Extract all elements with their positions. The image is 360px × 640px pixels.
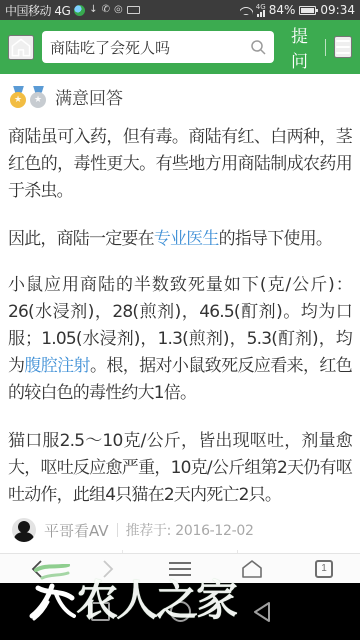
hamburger-icon (336, 40, 350, 42)
browser-home-button[interactable] (232, 555, 272, 583)
gold-medal-icon: ★ (10, 86, 27, 108)
back-button[interactable] (16, 555, 56, 583)
search-box[interactable] (42, 31, 274, 63)
download-arrow-icon: ↓ (89, 5, 97, 15)
record-icon: ◎ (114, 5, 123, 15)
mms-icon (127, 6, 140, 14)
tabs-icon: 1 (315, 560, 333, 578)
search-icon (250, 39, 266, 55)
app-header: 提问 (0, 20, 360, 74)
browser-menu-button[interactable] (160, 555, 200, 583)
browser-menu-icon (169, 562, 191, 576)
inline-link[interactable]: 专业医生 (154, 229, 219, 249)
battery-icon (299, 6, 316, 15)
back-icon (30, 559, 43, 579)
call-icon: ✆ (102, 5, 110, 15)
status-bar: 中国移动 4G ↓ ✆ ◎ 4G 84% 09:34 (0, 0, 360, 20)
forward-icon (102, 559, 115, 579)
header-divider (325, 39, 326, 56)
recents-button[interactable] (78, 583, 122, 640)
home-icon (10, 37, 32, 58)
home-nav-button[interactable] (158, 583, 202, 640)
carrier-label: 中国移动 4G (5, 2, 70, 19)
paragraph-text: 猫口服2.5～10克/公斤，皆出现呕吐，剂量愈大，呕吐反应愈严重，10克/公斤组… (8, 431, 352, 505)
author-row: 平哥看AV 推荐于: 2016-12-02 (8, 518, 352, 542)
author-divider (117, 523, 118, 537)
answer-paragraph: 商陆虽可入药，但有毒。商陆有红、白两种，茎红色的，毒性更大。有些地方用商陆制成农… (8, 124, 352, 205)
paragraph-text: 的指导下使用。 (219, 229, 332, 249)
clock: 09:34 (320, 3, 355, 17)
wifi-icon (240, 5, 253, 15)
signal-icon: 4G (257, 4, 265, 17)
best-answer-badge: ★ ★ 满意回答 (8, 74, 352, 111)
globe-icon (74, 5, 85, 16)
tabs-button[interactable]: 1 (304, 555, 344, 583)
browser-toolbar: 1 (0, 553, 360, 583)
menu-button[interactable] (334, 36, 352, 58)
paragraph-text: 因此，商陆一定要在 (8, 229, 154, 249)
badge-label: 满意回答 (55, 84, 123, 109)
home-button[interactable] (8, 35, 34, 60)
forward-button[interactable] (88, 555, 128, 583)
author-name[interactable]: 平哥看AV (44, 520, 109, 541)
answer-paragraph: 小鼠应用商陆的半数致死量如下(克/公斤)：26(水浸剂)，28(煎剂)，46.5… (8, 272, 352, 407)
answer-paragraph: 因此，商陆一定要在专业医生的指导下使用。 (8, 226, 352, 253)
ask-question-button[interactable]: 提问 (282, 22, 317, 72)
circle-icon (170, 601, 191, 622)
inline-link[interactable]: 腹腔注射 (24, 356, 90, 376)
browser-home-icon (241, 559, 263, 579)
triangle-icon (252, 601, 272, 623)
paragraph-text: 商陆虽可入药，但有毒。商陆有红、白两种，茎红色的，毒性更大。有些地方用商陆制成农… (8, 127, 352, 201)
android-nav-bar (0, 583, 360, 640)
square-icon (91, 602, 110, 621)
battery-percent: 84% (269, 3, 296, 17)
recommended-date: 推荐于: 2016-12-02 (126, 520, 254, 540)
answer-content: ★ ★ 满意回答 商陆虽可入药，但有毒。商陆有红、白两种，茎红色的，毒性更大。有… (0, 74, 360, 579)
avatar[interactable] (12, 518, 36, 542)
search-input[interactable] (50, 38, 244, 56)
silver-medal-icon: ★ (30, 86, 47, 108)
answer-paragraph: 猫口服2.5～10克/公斤，皆出现呕吐，剂量愈大，呕吐反应愈严重，10克/公斤组… (8, 428, 352, 509)
back-nav-button[interactable] (240, 583, 284, 640)
